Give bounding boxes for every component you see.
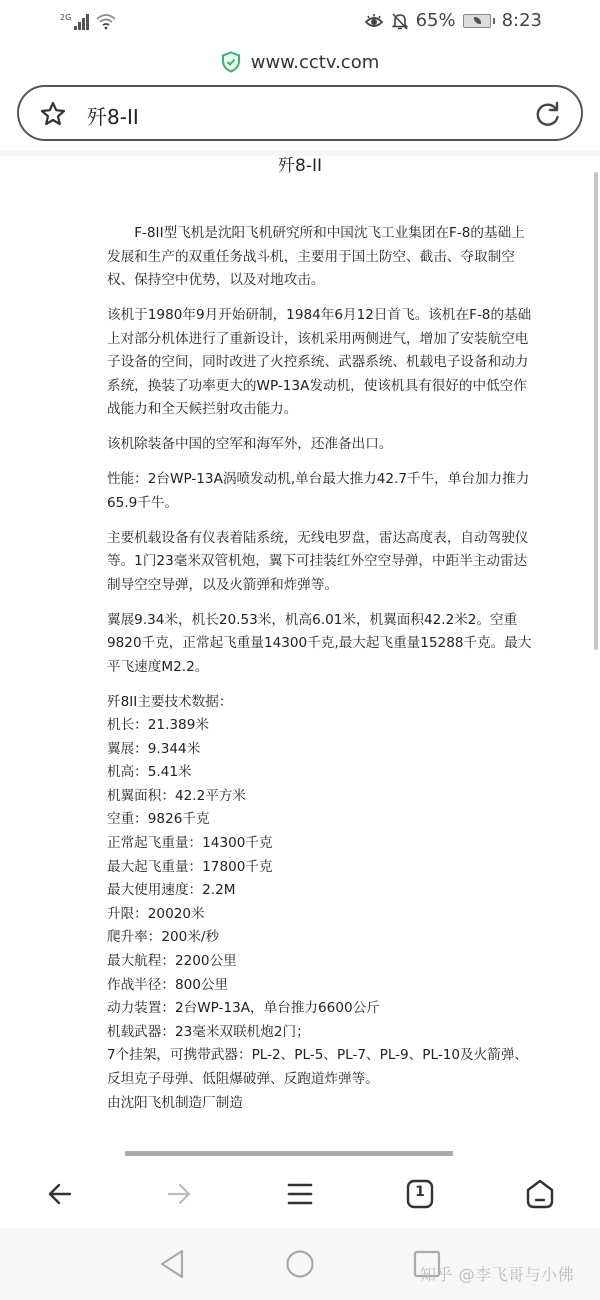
back-button[interactable]	[42, 1176, 78, 1212]
paragraph-performance: 性能：2台WP-13A涡喷发动机,单台最大推力42.7千牛，单台加力推力65.9…	[107, 468, 535, 515]
paragraph-intro: F-8II型飞机是沈阳飞机研究所和中国沈飞工业集团在F-8的基础上发展和生产的双…	[107, 222, 535, 293]
spec-list: 歼8II主要技术数据： 机长：21.389米 翼展：9.344米 机高：5.41…	[107, 691, 535, 1116]
battery-icon	[463, 14, 491, 28]
web-page: 歼8-II F-8II型飞机是沈阳飞机研究所和中国沈飞工业集团在F-8的基础上发…	[0, 156, 600, 1146]
spec-item: 作战半径：800公里	[107, 974, 535, 998]
spec-item: 升限：20020米	[107, 903, 535, 927]
shield-check-icon	[221, 51, 241, 73]
status-left: 2G	[60, 12, 117, 30]
spec-item: 机长：21.389米	[107, 714, 535, 738]
spec-heading: 歼8II主要技术数据：	[107, 691, 535, 715]
url-row: www.cctv.com	[0, 50, 600, 74]
status-bar: 2G 65% 8:23	[0, 0, 600, 44]
spec-item: 最大起飞重量：17800千克	[107, 856, 535, 880]
spec-item: 由沈阳飞机制造厂制造	[107, 1092, 535, 1116]
watermark: 知乎 @李飞哥与小佛	[420, 1262, 574, 1285]
tab-count: 1	[402, 1184, 438, 1200]
home-button[interactable]	[522, 1176, 558, 1212]
paragraph-export: 该机除装备中国的空军和海军外，还准备出口。	[107, 433, 535, 457]
signal-icon	[74, 12, 89, 30]
menu-icon[interactable]	[286, 1180, 314, 1208]
star-icon[interactable]	[39, 100, 67, 128]
spec-item: 动力装置：2台WP-13A，单台推力6600公斤	[107, 997, 535, 1021]
eye-comfort-icon	[364, 13, 384, 29]
forward-button[interactable]	[161, 1176, 197, 1212]
spec-item: 最大使用速度：2.2M	[107, 879, 535, 903]
spec-item: 空重：9826千克	[107, 808, 535, 832]
tabs-button[interactable]: 1	[402, 1176, 438, 1212]
clock: 8:23	[502, 10, 542, 31]
vertical-scrollbar[interactable]	[594, 172, 598, 650]
paragraph-history: 该机于1980年9月开始研制，1984年6月12日首飞。该机在F-8的基础上对部…	[107, 304, 535, 422]
bell-muted-icon	[391, 12, 409, 30]
spec-item: 机翼面积：42.2平方米	[107, 785, 535, 809]
spec-item: 爬升率：200米/秒	[107, 926, 535, 950]
spec-item: 最大航程：2200公里	[107, 950, 535, 974]
paragraph-dimensions: 翼展9.34米，机长20.53米，机高6.01米，机翼面积42.2米2。空重98…	[107, 609, 535, 680]
battery-percent: 65%	[416, 10, 456, 31]
network-type: 2G	[60, 14, 71, 22]
spec-item: 机高：5.41米	[107, 761, 535, 785]
article-body: F-8II型飞机是沈阳飞机研究所和中国沈飞工业集团在F-8的基础上发展和生产的双…	[107, 222, 535, 1115]
home-icon[interactable]	[525, 1179, 555, 1209]
forward-icon[interactable]	[165, 1180, 193, 1208]
reload-icon[interactable]	[533, 99, 563, 129]
spec-item: 正常起飞重量：14300千克	[107, 832, 535, 856]
home-circle-icon[interactable]	[285, 1248, 315, 1280]
back-icon[interactable]	[46, 1180, 74, 1208]
page-title: 歼8-II	[0, 156, 600, 176]
spec-item: 机载武器：23毫米双联机炮2门；	[107, 1021, 535, 1045]
address-title[interactable]: 歼8-II	[87, 101, 139, 130]
wifi-icon	[95, 12, 117, 30]
status-right: 65% 8:23	[364, 10, 542, 31]
menu-button[interactable]	[282, 1176, 318, 1212]
spec-item: 7个挂架，可携带武器：PL-2、PL-5、PL-7、PL-9、PL-10及火箭弹…	[107, 1044, 535, 1091]
paragraph-equipment: 主要机载设备有仪表着陆系统，无线电罗盘，雷达高度表，自动驾驶仪等。1门23毫米双…	[107, 527, 535, 598]
horizontal-scrollbar[interactable]	[125, 1151, 453, 1156]
spec-item: 翼展：9.344米	[107, 738, 535, 762]
url-text[interactable]: www.cctv.com	[251, 52, 380, 73]
browser-toolbar: 1	[0, 1160, 600, 1228]
back-triangle-icon[interactable]	[158, 1248, 186, 1280]
address-bar[interactable]: 歼8-II	[17, 85, 583, 141]
system-nav-bar: 知乎 @李飞哥与小佛	[0, 1228, 600, 1300]
